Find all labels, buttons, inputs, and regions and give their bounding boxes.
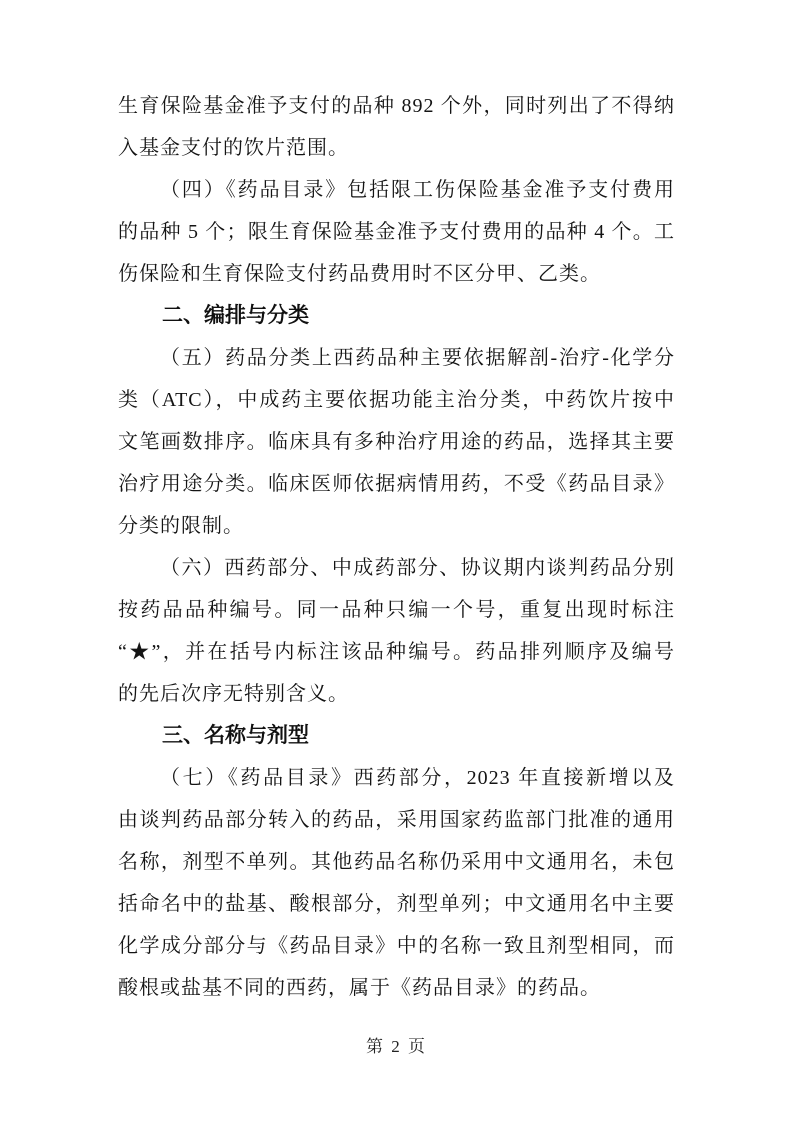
text-line: 括命名中的盐基、酸根部分，剂型单列；中文通用名中主要 bbox=[118, 883, 675, 925]
text-line: 的先后次序无特别含义。 bbox=[118, 673, 675, 715]
text-line: （四）《药品目录》包括限工伤保险基金准予支付费用 bbox=[118, 169, 675, 211]
text-line: （五）药品分类上西药品种主要依据解剖-治疗-化学分 bbox=[118, 337, 675, 379]
text-line: 治疗用途分类。临床医师依据病情用药，不受《药品目录》 bbox=[118, 463, 675, 505]
text-line: 生育保险基金准予支付的品种 892 个外，同时列出了不得纳 bbox=[118, 85, 675, 127]
page-number: 第 2 页 bbox=[366, 1037, 427, 1056]
text-line: （六）西药部分、中成药部分、协议期内谈判药品分别 bbox=[118, 547, 675, 589]
text-line: （七）《药品目录》西药部分，2023 年直接新增以及 bbox=[118, 757, 675, 799]
text-line: 的品种 5 个；限生育保险基金准予支付费用的品种 4 个。工 bbox=[118, 211, 675, 253]
text-line: 由谈判药品部分转入的药品，采用国家药监部门批准的通用 bbox=[118, 799, 675, 841]
text-line: 文笔画数排序。临床具有多种治疗用途的药品，选择其主要 bbox=[118, 421, 675, 463]
text-line: 按药品品种编号。同一品种只编一个号，重复出现时标注 bbox=[118, 589, 675, 631]
text-line: “★”，并在括号内标注该品种编号。药品排列顺序及编号 bbox=[118, 631, 675, 673]
text-line: 名称，剂型不单列。其他药品名称仍采用中文通用名，未包 bbox=[118, 841, 675, 883]
section-heading: 三、名称与剂型 bbox=[118, 715, 675, 757]
text-line: 入基金支付的饮片范围。 bbox=[118, 127, 675, 169]
section-heading: 二、编排与分类 bbox=[118, 295, 675, 337]
text-line: 分类的限制。 bbox=[118, 505, 675, 547]
text-line: 伤保险和生育保险支付药品费用时不区分甲、乙类。 bbox=[118, 253, 675, 295]
document-body: 生育保险基金准予支付的品种 892 个外，同时列出了不得纳入基金支付的饮片范围。… bbox=[118, 85, 675, 1009]
document-page: 生育保险基金准予支付的品种 892 个外，同时列出了不得纳入基金支付的饮片范围。… bbox=[0, 0, 793, 1122]
text-line: 类（ATC），中成药主要依据功能主治分类，中药饮片按中 bbox=[118, 379, 675, 421]
page-footer: 第 2 页 bbox=[0, 1032, 793, 1057]
text-line: 化学成分部分与《药品目录》中的名称一致且剂型相同，而 bbox=[118, 925, 675, 967]
text-line: 酸根或盐基不同的西药，属于《药品目录》的药品。 bbox=[118, 967, 675, 1009]
